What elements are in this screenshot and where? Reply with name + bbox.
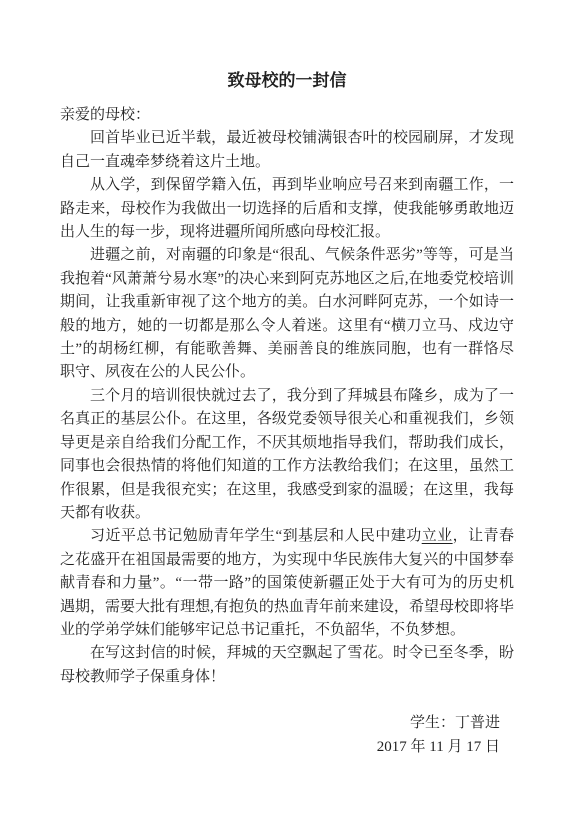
signature-name: 学生：丁普进 bbox=[60, 712, 500, 735]
letter-title: 致母校的一封信 bbox=[60, 69, 514, 93]
letter-paragraph-6: 在写这封信的时候，拜城的天空飘起了雪花。时令已至冬季，盼母校教师学子保重身体！ bbox=[60, 642, 514, 689]
letter-paragraph-1: 回首毕业已近半载，最近被母校铺满银杏叶的校园刷屏，才发现自己一直魂牵梦绕着这片土… bbox=[60, 127, 514, 174]
letter-page: 致母校的一封信 亲爱的母校： 回首毕业已近半载，最近被母校铺满银杏叶的校园刷屏，… bbox=[0, 0, 572, 814]
paragraph-5-text-after: ，让青春之花盛开在祖国最需要的地方，为实现中华民族伟大复兴的中国梦奉献青春和力量… bbox=[60, 528, 514, 638]
signature-block: 学生：丁普进 2017 年 11 月 17 日 bbox=[60, 712, 514, 759]
letter-salutation: 亲爱的母校： bbox=[60, 104, 514, 127]
letter-paragraph-5: 习近平总书记勉励青年学生“到基层和人民中建功立业，让青春之花盛开在祖国最需要的地… bbox=[60, 525, 514, 642]
letter-paragraph-3: 进疆之前，对南疆的印象是“很乱、气候条件恶劣”等等，可是当我抱着“风萧萧兮易水寒… bbox=[60, 244, 514, 384]
letter-paragraph-4: 三个月的培训很快就过去了，我分到了拜城县布隆乡，成为了一名真正的基层公仆。在这里… bbox=[60, 385, 514, 525]
paragraph-5-text-before: 习近平总书记勉励青年学生“到基层和人民中建功 bbox=[90, 528, 422, 544]
signature-date: 2017 年 11 月 17 日 bbox=[60, 736, 500, 759]
letter-paragraph-2: 从入学，到保留学籍入伍，再到毕业响应号召来到南疆工作，一路走来，母校作为我做出一… bbox=[60, 174, 514, 244]
underlined-phrase: 立业 bbox=[422, 528, 453, 544]
